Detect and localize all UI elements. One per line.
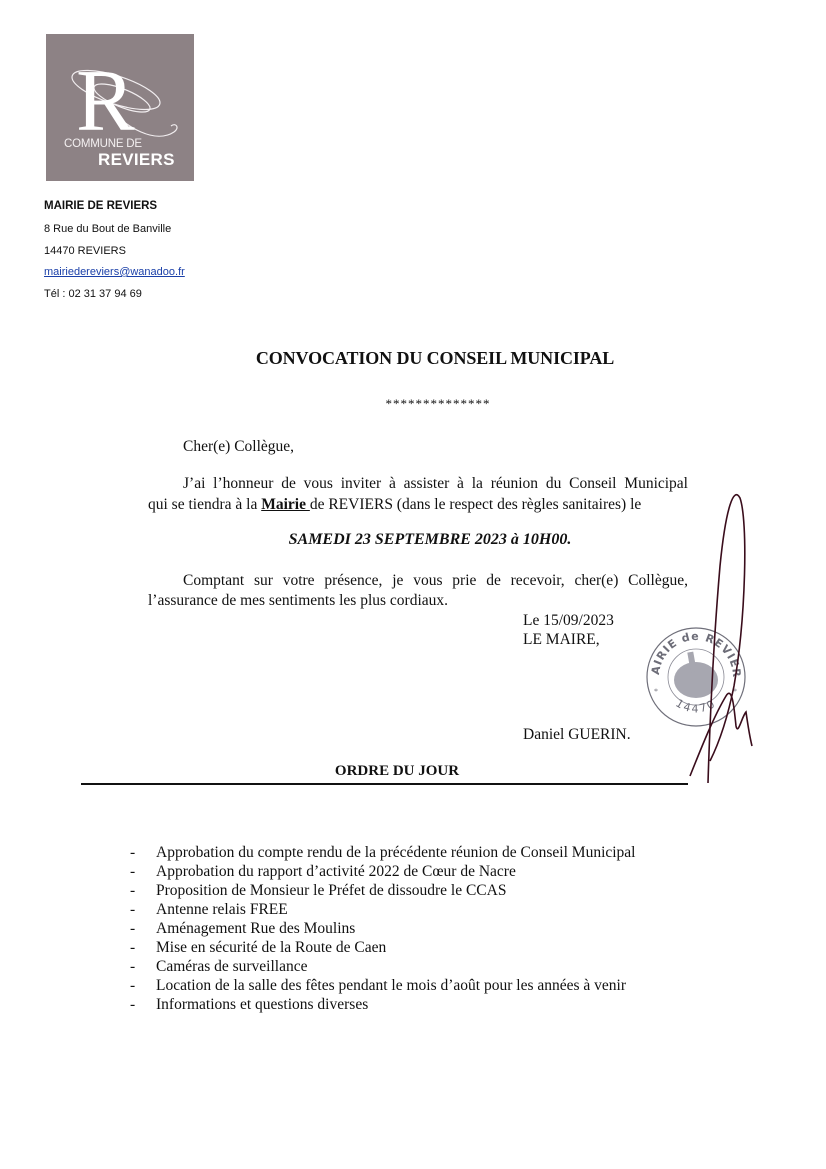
- agenda-item: -Location de la salle des fêtes pendant …: [130, 976, 636, 995]
- sender-name: MAIRIE DE REVIERS: [44, 200, 157, 212]
- closing-line-2: l’assurance de mes sentiments les plus c…: [148, 592, 448, 610]
- agenda-list: -Approbation du compte rendu de la précé…: [130, 843, 636, 1014]
- svg-text:*: *: [654, 687, 658, 696]
- agenda-item: -Approbation du compte rendu de la précé…: [130, 843, 636, 862]
- agenda-item: -Mise en sécurité de la Route de Caen: [130, 938, 636, 957]
- closing-line-1: Comptant sur votre présence, je vous pri…: [183, 572, 688, 590]
- agenda-item: -Informations et questions diverses: [130, 995, 636, 1014]
- title-separator: **************: [0, 396, 826, 412]
- agenda-item: -Caméras de surveillance: [130, 957, 636, 976]
- signatory-name: Daniel GUERIN.: [523, 726, 631, 744]
- signatory-title: LE MAIRE,: [523, 631, 600, 649]
- sender-street: 8 Rue du Bout de Banville: [44, 223, 171, 235]
- document-title: CONVOCATION DU CONSEIL MUNICIPAL: [0, 348, 826, 369]
- date-signed: Le 15/09/2023: [523, 612, 614, 630]
- invitation-line-2-post: de REVIERS (dans le respect des règles s…: [310, 496, 641, 513]
- mayor-signature-icon: [680, 476, 770, 786]
- salutation: Cher(e) Collègue,: [183, 438, 294, 456]
- sender-phone: Tél : 02 31 37 94 69: [44, 288, 142, 300]
- agenda-item: -Approbation du rapport d’activité 2022 …: [130, 862, 636, 881]
- agenda-item: -Proposition de Monsieur le Préfet de di…: [130, 881, 636, 900]
- commune-logo: R COMMUNE DE REVIERS: [46, 34, 194, 181]
- invitation-line-2-pre: qui se tiendra à la: [148, 496, 261, 513]
- mairie-emphasis: Mairie: [261, 496, 310, 513]
- agenda-item: -Antenne relais FREE: [130, 900, 636, 919]
- sender-email-link[interactable]: mairiedereviers@wanadoo.fr: [44, 266, 185, 278]
- invitation-line-1: J’ai l’honneur de vous inviter à assiste…: [183, 475, 688, 493]
- invitation-line-2: qui se tiendra à la Mairie de REVIERS (d…: [148, 496, 641, 514]
- sender-city: 14470 REVIERS: [44, 245, 126, 257]
- logo-subtitle: COMMUNE DE: [64, 138, 142, 150]
- agenda-divider: [81, 783, 688, 785]
- logo-name: REVIERS: [98, 150, 175, 170]
- svg-text:R: R: [76, 53, 135, 150]
- agenda-title: ORDRE DU JOUR: [0, 763, 794, 780]
- agenda-item: -Aménagement Rue des Moulins: [130, 919, 636, 938]
